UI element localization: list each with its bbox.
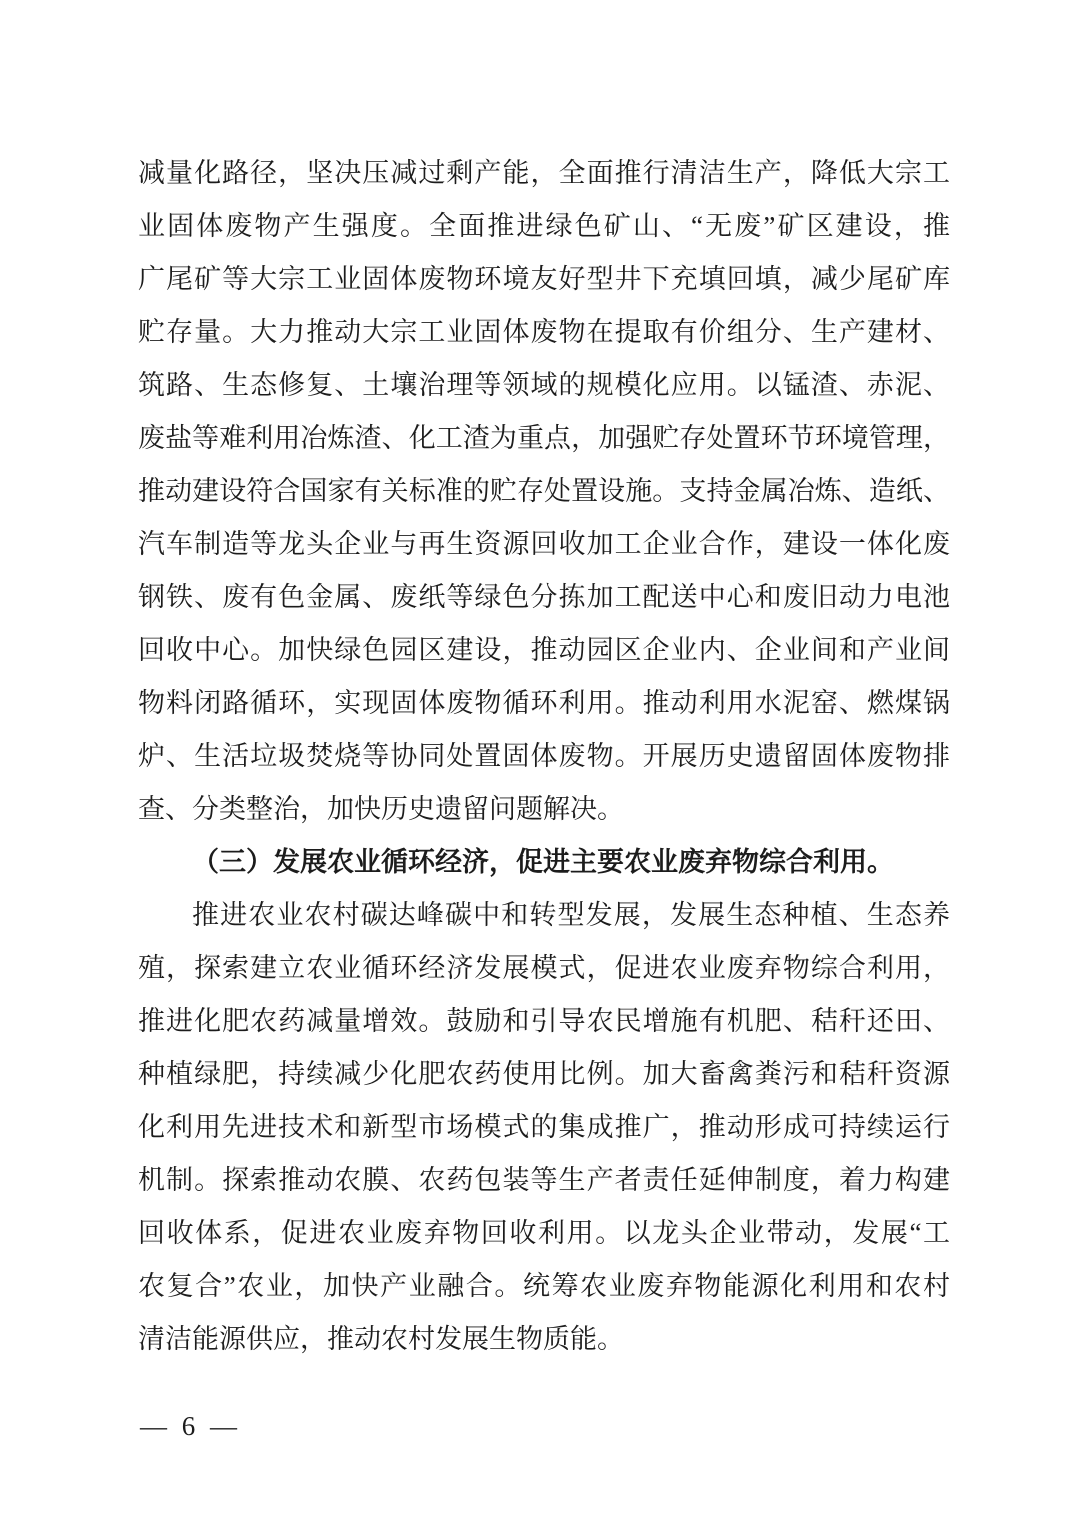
text-line: 筑路、生态修复、土壤治理等领域的规模化应用。以锰渣、赤泥、 — [138, 359, 950, 412]
document-body: 减量化路径，坚决压减过剩产能，全面推行清洁生产，降低大宗工业固体废物产生强度。全… — [138, 147, 950, 1366]
text-line: 汽车制造等龙头企业与再生资源回收加工企业合作，建设一体化废 — [138, 518, 950, 571]
text-line: 业固体废物产生强度。全面推进绿色矿山、“无废”矿区建设，推 — [138, 200, 950, 253]
text-line: 回收中心。加快绿色园区建设，推动园区企业内、企业间和产业间 — [138, 624, 950, 677]
section-heading: （三）发展农业循环经济，促进主要农业废弃物综合利用。 — [138, 836, 950, 889]
text-line: 化利用先进技术和新型市场模式的集成推广，推动形成可持续运行 — [138, 1101, 950, 1154]
text-line: 物料闭路循环，实现固体废物循环利用。推动利用水泥窑、燃煤锅 — [138, 677, 950, 730]
text-line: 机制。探索推动农膜、农药包装等生产者责任延伸制度，着力构建 — [138, 1154, 950, 1207]
text-line: 清洁能源供应，推动农村发展生物质能。 — [138, 1313, 950, 1366]
text-line: 查、分类整治，加快历史遗留问题解决。 — [138, 783, 950, 836]
text-line: 推进化肥农药减量增效。鼓励和引导农民增施有机肥、秸秆还田、 — [138, 995, 950, 1048]
paragraph-continuation: 减量化路径，坚决压减过剩产能，全面推行清洁生产，降低大宗工业固体废物产生强度。全… — [138, 147, 950, 836]
text-line: 推动建设符合国家有关标准的贮存处置设施。支持金属冶炼、造纸、 — [138, 465, 950, 518]
text-line: 贮存量。大力推动大宗工业固体废物在提取有价组分、生产建材、 — [138, 306, 950, 359]
text-line: 废盐等难利用冶炼渣、化工渣为重点，加强贮存处置环节环境管理， — [138, 412, 950, 465]
text-line: 种植绿肥，持续减少化肥农药使用比例。加大畜禽粪污和秸秆资源 — [138, 1048, 950, 1101]
document-page: 减量化路径，坚决压减过剩产能，全面推行清洁生产，降低大宗工业固体废物产生强度。全… — [0, 0, 1080, 1527]
text-line: 钢铁、废有色金属、废纸等绿色分拣加工配送中心和废旧动力电池 — [138, 571, 950, 624]
text-line: 炉、生活垃圾焚烧等协同处置固体废物。开展历史遗留固体废物排 — [138, 730, 950, 783]
page-number-footer: — 6 — — [140, 1406, 241, 1446]
text-line: 农复合”农业，加快产业融合。统筹农业废弃物能源化利用和农村 — [138, 1260, 950, 1313]
text-line: 回收体系，促进农业废弃物回收利用。以龙头企业带动，发展“工 — [138, 1207, 950, 1260]
text-line: 推进农业农村碳达峰碳中和转型发展，发展生态种植、生态养 — [138, 889, 950, 942]
paragraph-agriculture: 推进农业农村碳达峰碳中和转型发展，发展生态种植、生态养殖，探索建立农业循环经济发… — [138, 889, 950, 1366]
text-line: 殖，探索建立农业循环经济发展模式，促进农业废弃物综合利用， — [138, 942, 950, 995]
text-line: 减量化路径，坚决压减过剩产能，全面推行清洁生产，降低大宗工 — [138, 147, 950, 200]
text-line: 广尾矿等大宗工业固体废物环境友好型井下充填回填，减少尾矿库 — [138, 253, 950, 306]
